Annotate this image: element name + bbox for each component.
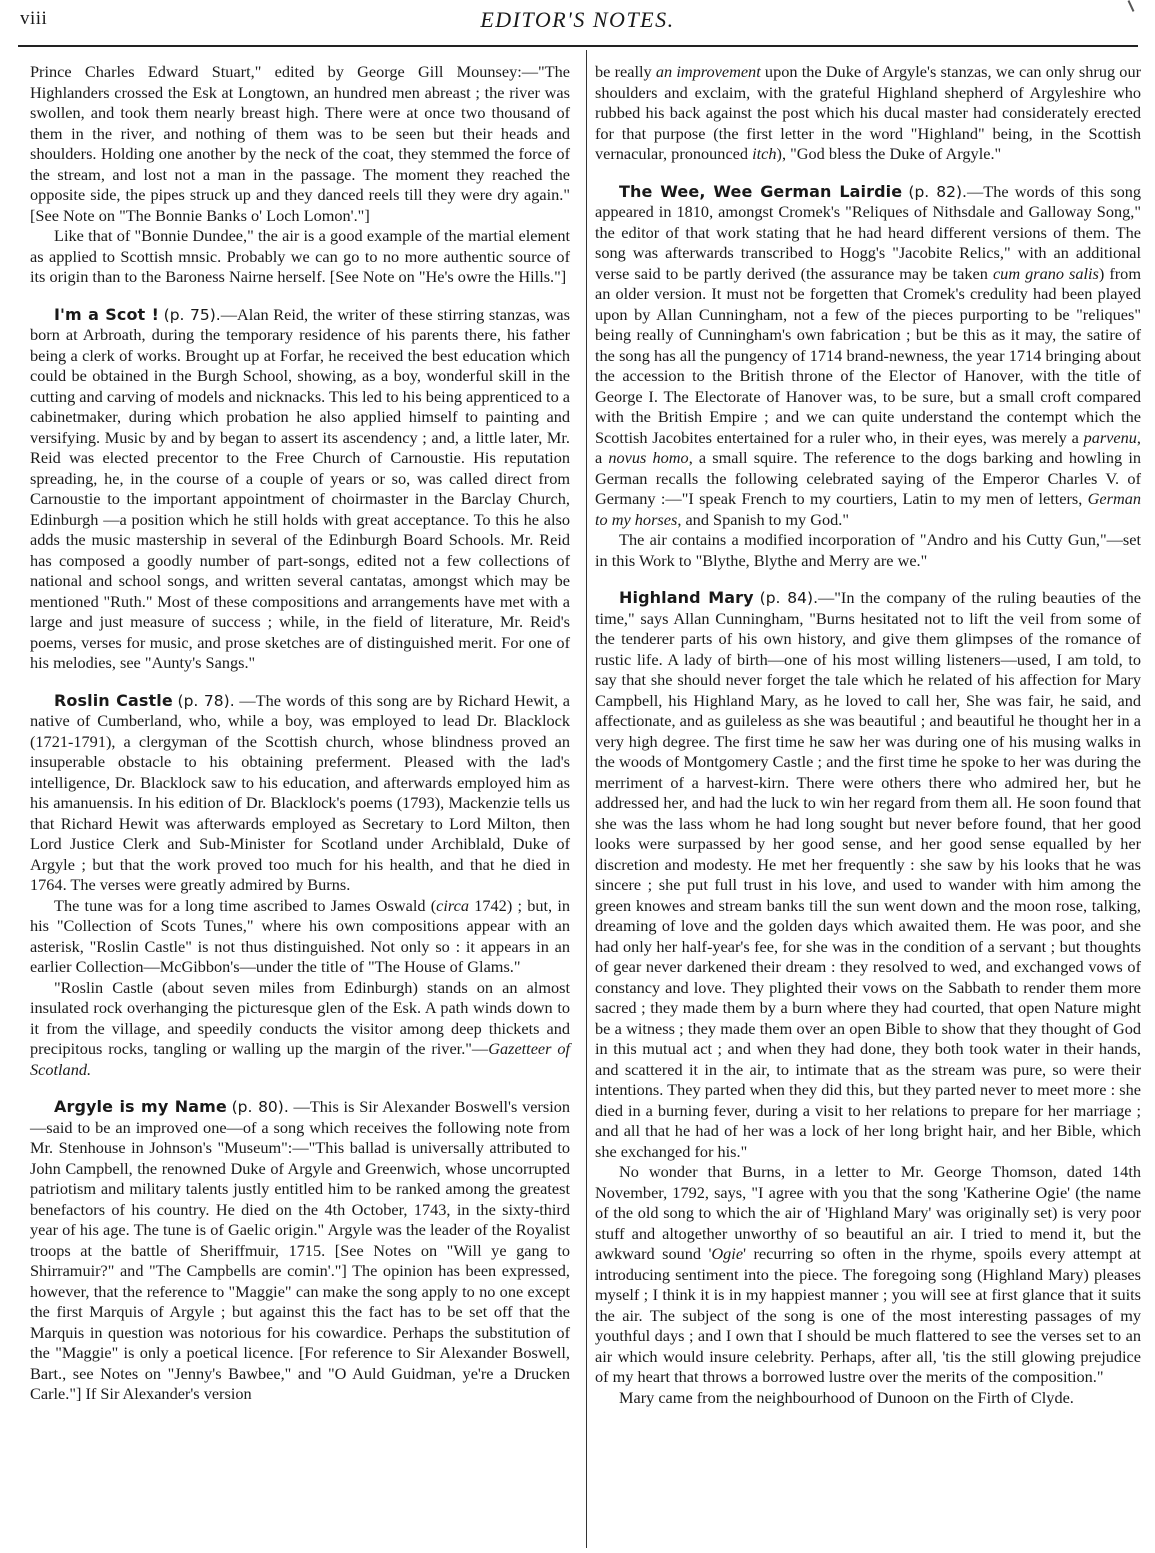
entry-title: Argyle is my Name [54, 1097, 227, 1116]
entry-im-a-scot: I'm a Scot ! (p. 75).—Alan Reid, the wri… [30, 305, 570, 674]
right-column: be really an improvement upon the Duke o… [595, 62, 1141, 1408]
entry-body: —Alan Reid, the writer of these stirring… [30, 305, 570, 673]
entry-title: Highland Mary [619, 588, 754, 607]
italic-text: novus homo [608, 448, 688, 467]
entry-argyle-is-my-name: Argyle is my Name (p. 80). —This is Sir … [30, 1097, 570, 1405]
entry-wee-german-lairdie: The Wee, Wee German Lairdie (p. 82).—The… [595, 182, 1141, 572]
italic-text: parvenu [1084, 428, 1137, 447]
page-header: viii EDITOR'S NOTES. [0, 0, 1155, 48]
entry-body: —"In the company of the ruling beauties … [595, 588, 1141, 1161]
entry-title: Roslin Castle [54, 691, 173, 710]
paragraph: Prince Charles Edward Stuart," edited by… [30, 62, 570, 226]
entry-body: —This is Sir Alexander Boswell's version… [30, 1097, 570, 1403]
entry-title: The Wee, Wee German Lairdie [619, 182, 902, 201]
italic-text: Ogie [711, 1244, 743, 1263]
entry-roslin-castle: Roslin Castle (p. 78). —The words of thi… [30, 691, 570, 1081]
entry-title: I'm a Scot ! [54, 305, 159, 324]
italic-text: an improvement [656, 62, 761, 81]
text-run: ' recurring so often in the rhyme, spoil… [595, 1244, 1141, 1386]
entry-paragraph: Roslin Castle (p. 78). —The words of thi… [30, 691, 570, 896]
entry-paragraph: I'm a Scot ! (p. 75).—Alan Reid, the wri… [30, 305, 570, 674]
italic-text: circa [436, 896, 469, 915]
page-ref: (p. 82). [908, 183, 967, 201]
paragraph: be really an improvement upon the Duke o… [595, 62, 1141, 165]
paragraph: "Roslin Castle (about seven miles from E… [30, 978, 570, 1081]
paragraph: Mary came from the neighbourhood of Duno… [595, 1388, 1141, 1409]
entry-highland-mary: Highland Mary (p. 84).—"In the company o… [595, 588, 1141, 1408]
text-run: The tune was for a long time ascribed to… [54, 896, 436, 915]
italic-text: cum grano salis [993, 264, 1099, 283]
left-column: Prince Charles Edward Stuart," edited by… [30, 62, 570, 1405]
paragraph: The tune was for a long time ascribed to… [30, 896, 570, 978]
page-ref: (p. 80). [232, 1098, 289, 1116]
paragraph: No wonder that Burns, in a letter to Mr.… [595, 1162, 1141, 1388]
paragraph: The air contains a modified incorporatio… [595, 530, 1141, 571]
text-run: ) from an older version. It must not be … [595, 264, 1141, 447]
paragraph: Like that of "Bonnie Dundee," the air is… [30, 226, 570, 288]
entry-paragraph: Highland Mary (p. 84).—"In the company o… [595, 588, 1141, 1162]
text-run: , and Spanish to my God." [677, 510, 849, 529]
running-title: EDITOR'S NOTES. [0, 7, 1155, 33]
italic-text: itch [752, 144, 776, 163]
entry-body: —The words of this song are by Richard H… [30, 691, 570, 895]
page-ref: (p. 78). [178, 692, 235, 710]
entry-paragraph: The Wee, Wee German Lairdie (p. 82).—The… [595, 182, 1141, 531]
text-run: be really [595, 62, 656, 81]
text-run: ), "God bless the Duke of Argyle." [777, 144, 1002, 163]
header-rule [18, 45, 1138, 47]
column-divider [586, 50, 587, 1548]
entry-paragraph: Argyle is my Name (p. 80). —This is Sir … [30, 1097, 570, 1405]
page-ref: (p. 75). [164, 306, 221, 324]
page-ref: (p. 84). [760, 589, 818, 607]
